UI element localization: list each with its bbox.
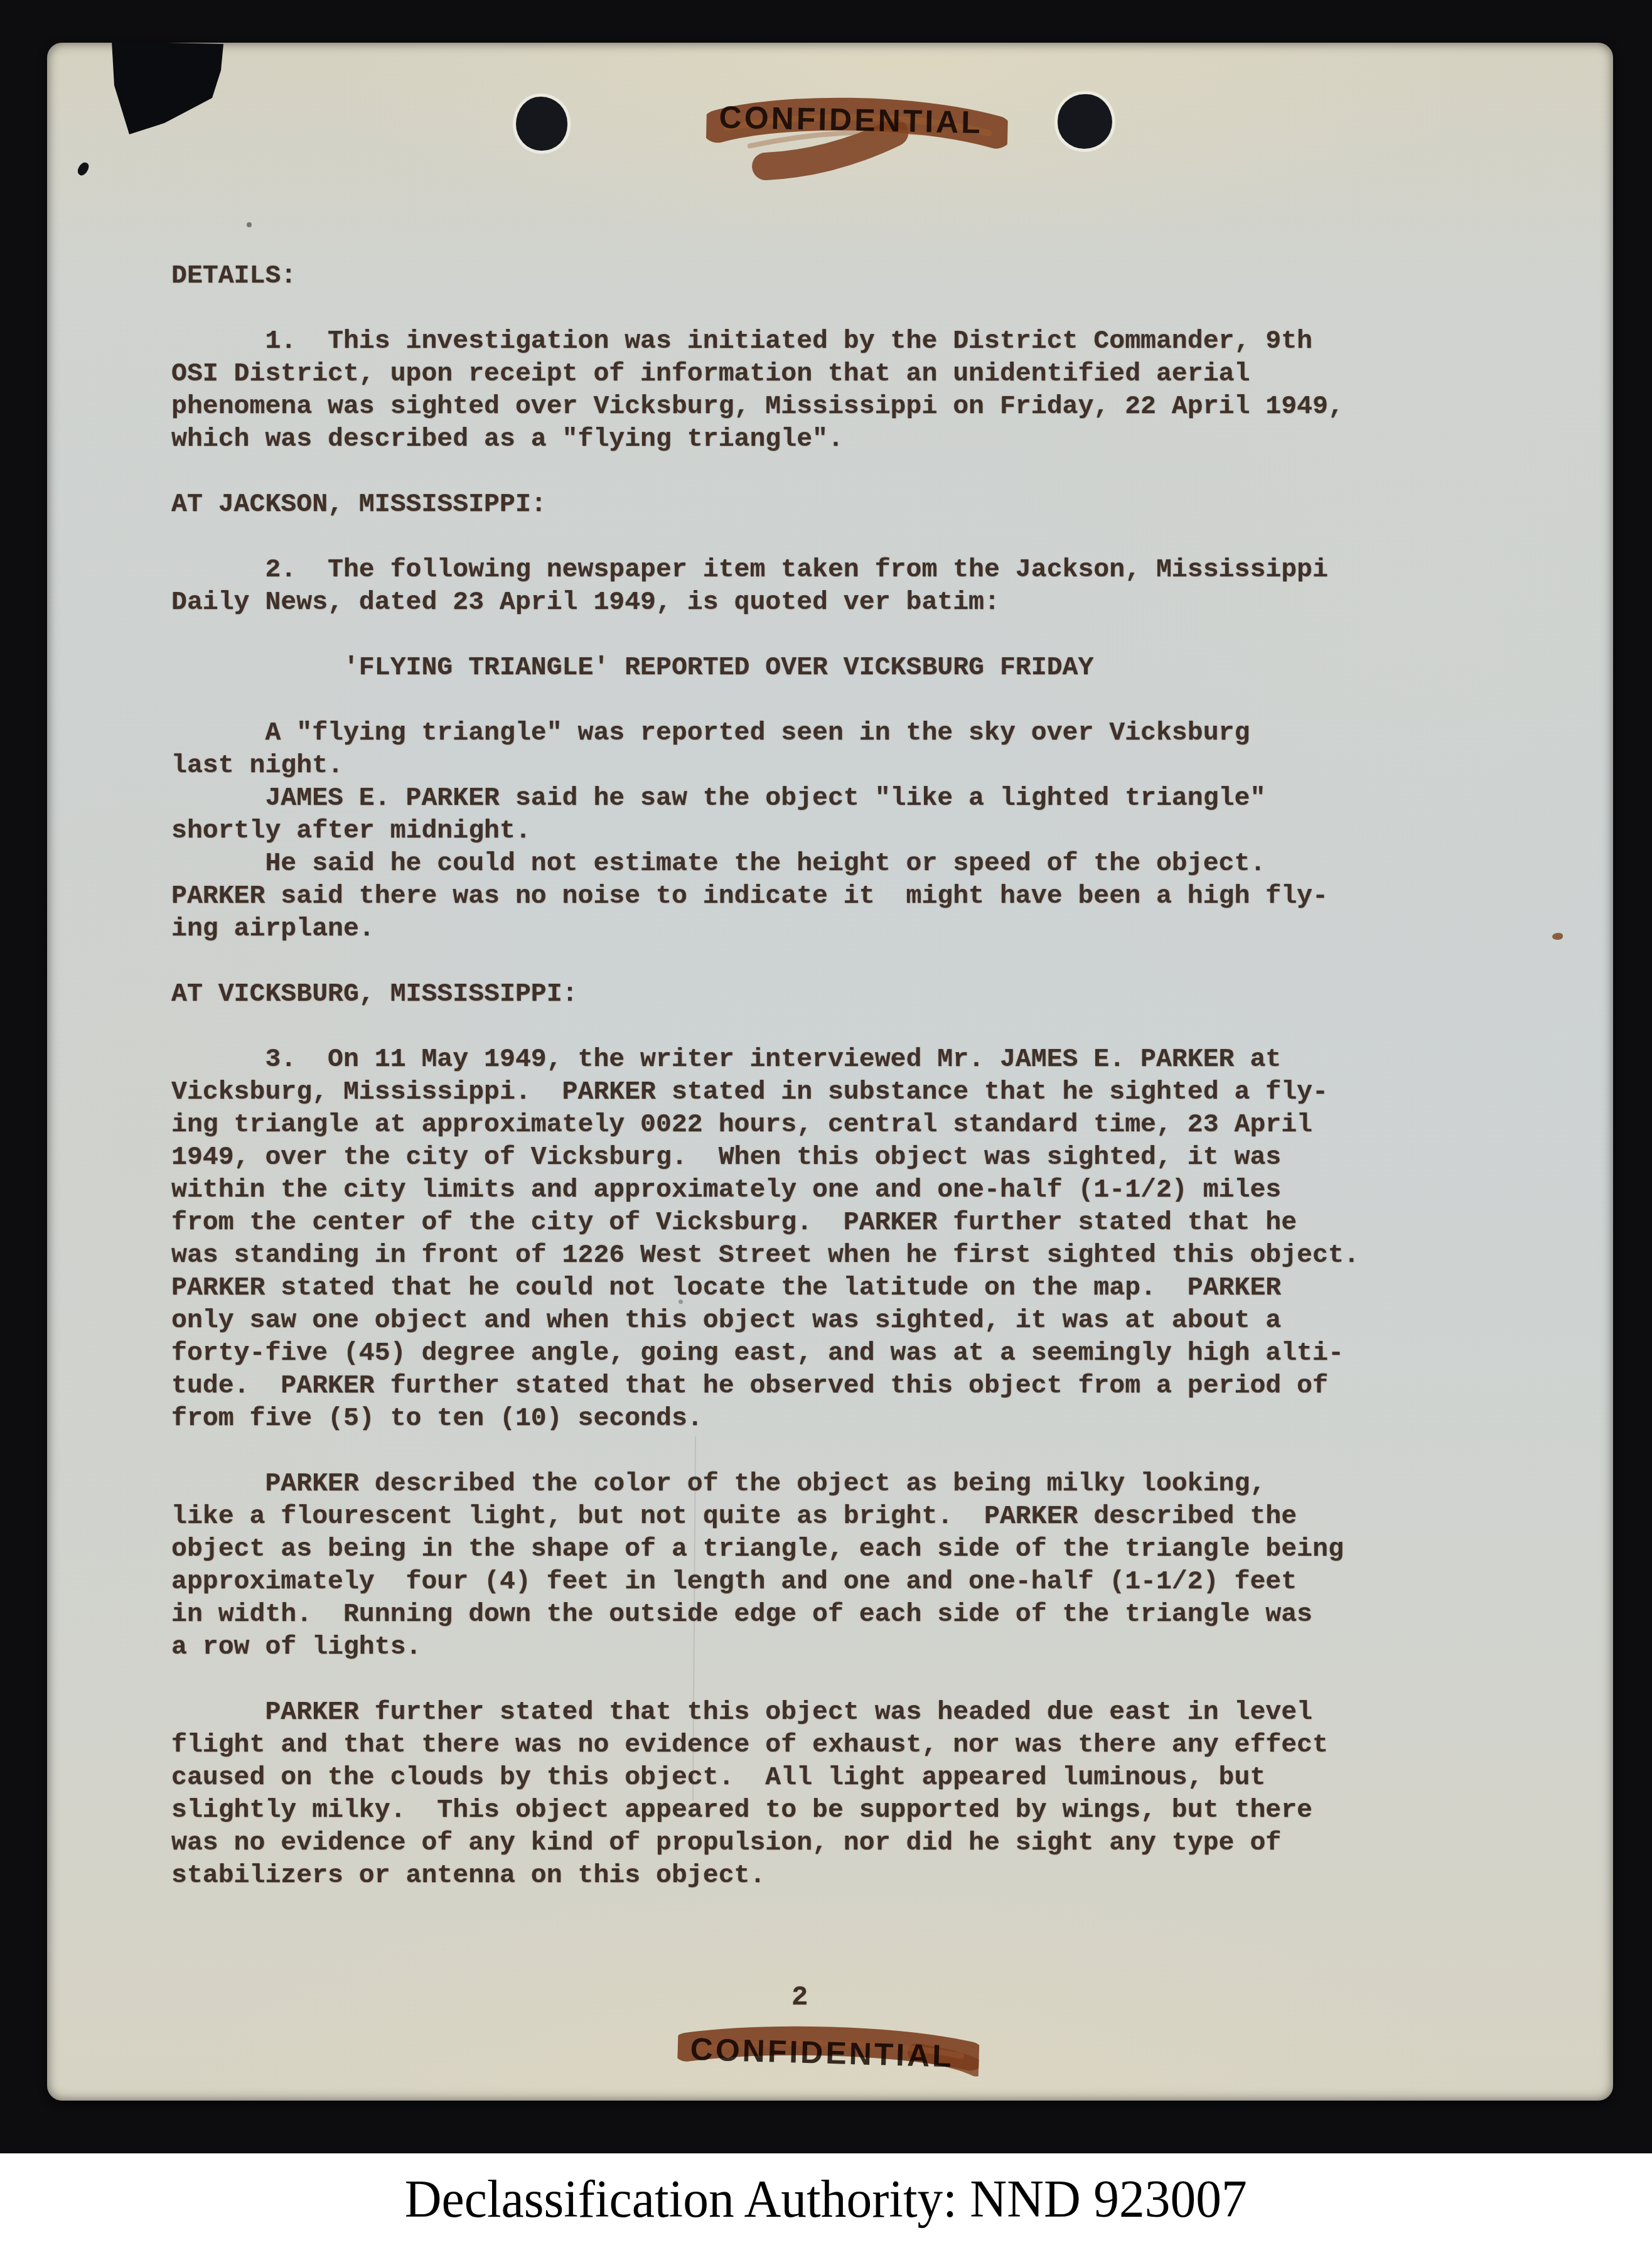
punch-hole-right-icon [1058, 94, 1112, 149]
punch-hole-left-icon [516, 97, 567, 151]
confidential-stamp-bottom: CONFIDENTIAL [677, 2008, 980, 2085]
declassification-footer-bar: Declassification Authority: NND 923007 [0, 2153, 1652, 2245]
rust-speck [1552, 933, 1563, 940]
marker-strike-icon [677, 2008, 980, 2085]
typewritten-text: DETAILS: 1. This investigation was initi… [171, 260, 1360, 1892]
ink-speck [247, 222, 252, 227]
declassification-footer-text: Declassification Authority: NND 923007 [405, 2169, 1247, 2230]
page-number: 2 [791, 1984, 808, 2011]
scanned-document-page: CONFIDENTIAL DETAILS: 1. This investigat… [0, 0, 1652, 2245]
paper-sheet: CONFIDENTIAL DETAILS: 1. This investigat… [47, 43, 1613, 2101]
tape-mark [105, 38, 231, 144]
ink-speck [678, 1300, 683, 1304]
confidential-stamp-top: CONFIDENTIAL [705, 90, 1008, 190]
marker-strike-icon [705, 90, 1008, 190]
ink-speck [76, 161, 90, 177]
